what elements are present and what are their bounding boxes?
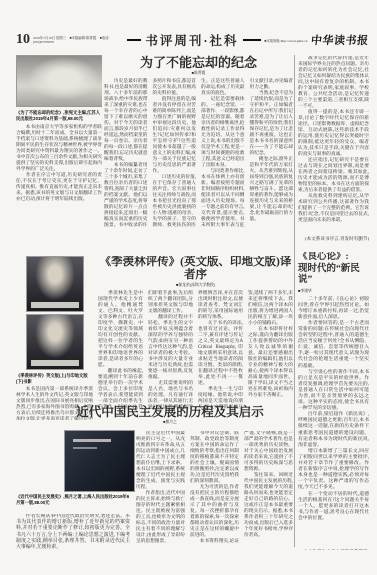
article1-title: 为了不能忘却的纪念 bbox=[104, 55, 293, 70]
right-article-title-line1: 《良心论》: bbox=[298, 252, 369, 264]
article1-right-column: 战争记忆的代际传递,是近年来国际学界关注的热点问题。亲历者的记忆如何转化为社会记… bbox=[298, 56, 369, 248]
article1-body: 历史是最好的教科书,也是最好的清醒剂。八十多年前的那场战争,给中华民族带来了深重… bbox=[104, 79, 293, 247]
article1-right-closing: (本文系该书序言,刊发时有删节) bbox=[298, 236, 369, 242]
article1-right-body: 战争记忆的代际传递,是近年来国际学界关注的热点问题。亲历者的记忆如何转化为社会记… bbox=[298, 56, 369, 236]
header-rule-left bbox=[127, 39, 141, 42]
header-rule-right bbox=[243, 39, 262, 42]
article1-byline: ■陈菁霞 bbox=[104, 71, 293, 76]
right-article-closing: (本文作者为中南大学哲学系教授) bbox=[298, 549, 369, 551]
article1-main: 为了不能忘却的纪念 ■陈菁霞 历史是最好的教科书,也是最好的清醒剂。八十多年前的… bbox=[104, 55, 293, 250]
article3-title: 近代中国民主发展的历程及其启示 bbox=[40, 405, 300, 419]
newspaper-logo: 中华读书报 bbox=[310, 32, 368, 48]
article3-header: 近代中国民主发展的历程及其启示 ■熊月之 bbox=[40, 405, 300, 429]
column-divider-rule bbox=[294, 55, 295, 547]
article3-caption: 《近代中国民主发展史》,熊月之著,上海人民出版社2019年6月第一版,88.00… bbox=[16, 494, 130, 505]
article3-byline: ■熊月之 bbox=[40, 420, 300, 425]
article1-book-caption: 《为了不能忘却的纪念》,张宪文主编,江苏人民出版社2019年4月第一版,98.0… bbox=[16, 110, 102, 121]
right-article-byline: ■李建华 bbox=[298, 289, 369, 294]
right-article-body: 二十多年前,《良心论》初版问世,曾在学界引起热烈讨论。如今增订本重新付梓,再读一… bbox=[298, 297, 369, 549]
page-number: 10 bbox=[16, 33, 30, 47]
page-header: 10 2019年7月10日 星期三 ■本版编辑:陈菁霞 ■电话:(010)670… bbox=[16, 30, 368, 50]
article3-left-body: 作者长期从事中国近代政治史研究,著述宏富。本书为其代表作的增订新版,增补了近年新… bbox=[16, 514, 130, 570]
header-meta: 2019年7月10日 星期三 ■本版编辑:陈菁霞 ■电话:(010)670780… bbox=[33, 36, 125, 44]
article2-cover-hindi-image bbox=[26, 314, 84, 370]
article1-book-cover-image bbox=[16, 55, 102, 107]
newspaper-page: { "header": { "page_number": "10", "meta… bbox=[0, 0, 377, 575]
article2-byline: ■郁龙余(深圳大学教授) bbox=[98, 283, 293, 288]
article3-body: 民主是近代中国最响亮的口号之一。从戊戌维新到辛亥革命,从五四运动到新中国成立,几… bbox=[136, 431, 293, 571]
article2-title: 《季羡林评传》(英文版、印地文版)译者序 bbox=[98, 256, 293, 282]
article1-left-body: 本书由南京大学等多家机构的学者联合编撰,历时十二年而成。全书以大量第一手档案与口… bbox=[16, 125, 102, 241]
site-url: ■本报网址:http://www.gmw.cn bbox=[264, 38, 307, 43]
article3-book-cover-image bbox=[64, 430, 135, 492]
article1-left-strip: 《为了不能忘却的纪念》,张宪文主编,江苏人民出版社2019年4月第一版,98.0… bbox=[16, 55, 102, 250]
article2-left-strip: 《季羡林评传》英文版(上)与印地文版(下)书影 本书是国内第一部系统译介季羡林学… bbox=[16, 256, 93, 420]
article2-main: 《季羡林评传》(英文版、印地文版)译者序 ■郁龙余(深圳大学教授) 季羡林先生是… bbox=[98, 256, 293, 420]
section-title: 书评周刊·社科 bbox=[141, 31, 242, 49]
right-article-title-line2: 现时代的“新民说” bbox=[298, 264, 369, 287]
article2-cover-english-image bbox=[26, 256, 84, 312]
article2-caption: 《季羡林评传》英文版(上)与印地文版(下)书影 bbox=[16, 373, 93, 384]
article2-body: 季羡林先生是中国现代学术史上少有的通人。他精通梵文、巴利文、吐火罗文等多种古代语… bbox=[98, 291, 293, 420]
right-article: 《良心论》: 现时代的“新民说” ■李建华 二十多年前,《良心论》初版问世,曾在… bbox=[298, 252, 369, 550]
